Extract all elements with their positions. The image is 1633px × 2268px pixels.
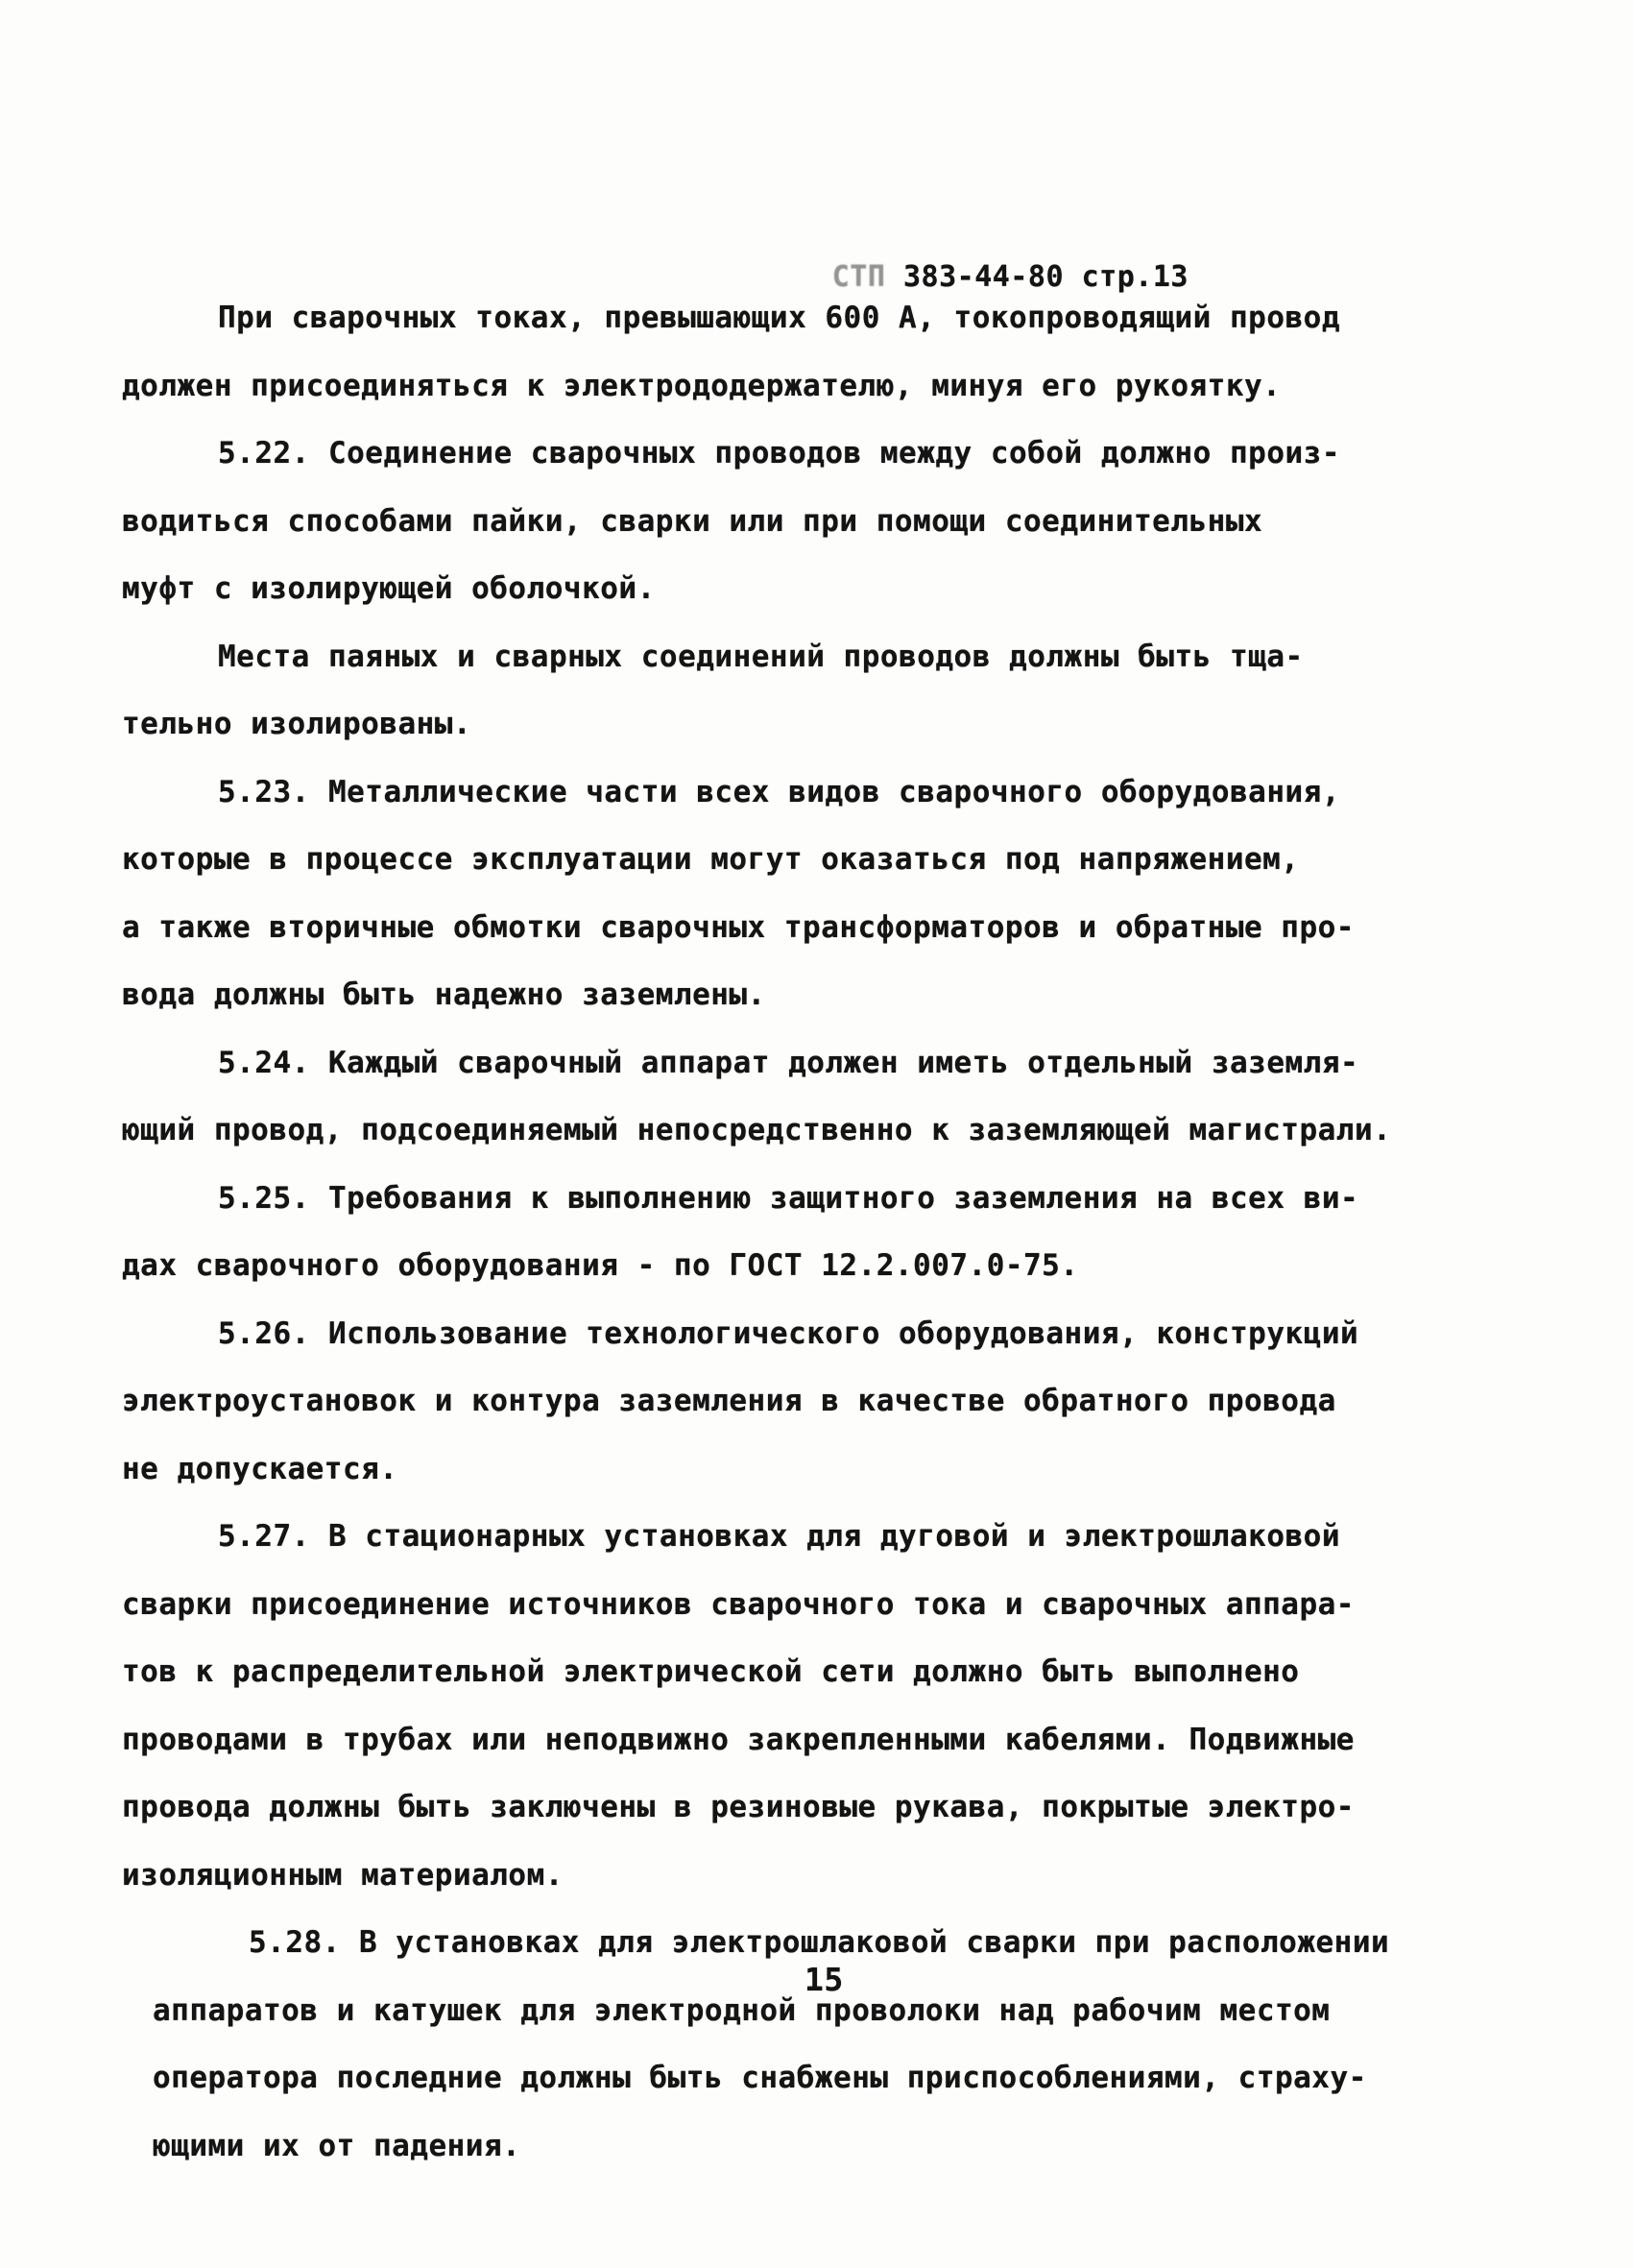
- paragraph: 5.26. Использование технологического обо…: [122, 1300, 1399, 1504]
- paragraph: 5.22. Соединение сварочных проводов межд…: [122, 420, 1399, 623]
- text-line: 5.28. В установках для электрошлаковой с…: [153, 1909, 1399, 1977]
- paragraph: 5.24. Каждый сварочный аппарат должен им…: [122, 1029, 1399, 1165]
- text-line: которые в процессе эксплуатации могут ок…: [122, 826, 1399, 894]
- document-body-text: При сварочных токах, превышающих 600 А, …: [122, 284, 1399, 2180]
- paragraph: 5.27. В стационарных установках для дуго…: [122, 1503, 1399, 1909]
- paragraph: 5.23. Металлические части всех видов сва…: [122, 759, 1399, 1029]
- text-line: муфт с изолирующей оболочкой.: [122, 555, 1399, 623]
- page-number: 15: [804, 1961, 844, 1998]
- text-line: Места паяных и сварных соединений провод…: [122, 623, 1399, 691]
- text-line: провода должны быть заключены в резиновы…: [122, 1773, 1399, 1842]
- text-line: 5.23. Металлические части всех видов сва…: [122, 759, 1399, 827]
- text-line: 5.27. В стационарных установках для дуго…: [122, 1503, 1399, 1571]
- text-line: 5.22. Соединение сварочных проводов межд…: [122, 420, 1399, 488]
- paragraph: Места паяных и сварных соединений провод…: [122, 623, 1399, 759]
- paragraph: 5.25. Требования к выполнению защитного …: [122, 1165, 1399, 1300]
- text-line: ющий провод, подсоединяемый непосредстве…: [122, 1097, 1399, 1165]
- text-line: вода должны быть надежно заземлены.: [122, 961, 1399, 1029]
- text-line: тельно изолированы.: [122, 690, 1399, 759]
- text-line: сварки присоединение источников сварочно…: [122, 1571, 1399, 1639]
- text-line: дах сварочного оборудования - по ГОСТ 12…: [122, 1232, 1399, 1300]
- text-line: 5.26. Использование технологического обо…: [122, 1300, 1399, 1368]
- text-line: ющими их от падения.: [153, 2112, 1399, 2181]
- text-line: изоляционным материалом.: [122, 1842, 1399, 1910]
- scanned-document-page: СТП 383-44-80 стр.13 При сварочных токах…: [0, 0, 1633, 2268]
- text-line: электроустановок и контура заземления в …: [122, 1367, 1399, 1436]
- text-line: водиться способами пайки, сварки или при…: [122, 488, 1399, 556]
- text-line: аппаратов и катушек для электродной пров…: [153, 1977, 1399, 2045]
- paragraph: При сварочных токах, превышающих 600 А, …: [122, 284, 1399, 420]
- text-line: 5.25. Требования к выполнению защитного …: [122, 1165, 1399, 1233]
- text-line: тов к распределительной электрической се…: [122, 1638, 1399, 1706]
- text-line: 5.24. Каждый сварочный аппарат должен им…: [122, 1029, 1399, 1098]
- paragraph: 5.28. В установках для электрошлаковой с…: [153, 1909, 1399, 2180]
- text-line: оператора последние должны быть снабжены…: [153, 2044, 1399, 2112]
- text-line: а также вторичные обмотки сварочных тран…: [122, 894, 1399, 962]
- text-line: не допускается.: [122, 1436, 1399, 1504]
- text-line: должен присоединяться к электрододержате…: [122, 352, 1399, 421]
- text-line: При сварочных токах, превышающих 600 А, …: [122, 284, 1399, 352]
- text-line: проводами в трубах или неподвижно закреп…: [122, 1706, 1399, 1774]
